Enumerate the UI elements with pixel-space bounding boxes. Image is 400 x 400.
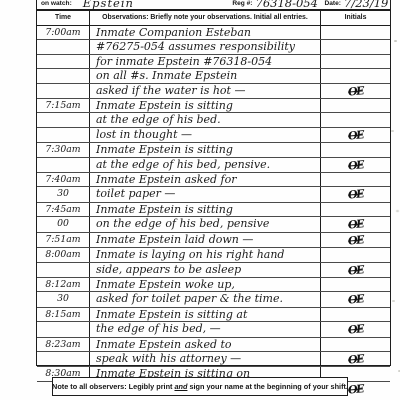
- table-row: 7:45am Inmate Epstein is sitting: [37, 203, 390, 217]
- on-watch-handwritten-name: Epstein: [75, 0, 230, 8]
- time-cell: [37, 84, 90, 98]
- observation-cell: side, appears to be asleep: [90, 263, 320, 277]
- time-cell: 30: [37, 292, 90, 306]
- time-column-header: Time: [37, 11, 90, 25]
- time-cell: [37, 322, 90, 336]
- observation-cell: asked if the water is hot —: [90, 84, 320, 98]
- observation-cell: lost in thought —: [90, 128, 320, 142]
- time-cell: 7:45am: [37, 203, 90, 216]
- time-cell: [37, 263, 90, 277]
- time-cell: 7:51am: [37, 233, 90, 247]
- observation-cell: Inmate Epstein is sitting at: [90, 308, 320, 321]
- log-rows: 7:00am Inmate Companion Esteban #76275-0…: [37, 26, 390, 396]
- observation-cell: Inmate Epstein asked to: [90, 338, 320, 351]
- table-row: 8:15am Inmate Epstein is sitting at: [37, 308, 390, 322]
- time-cell: [37, 55, 90, 68]
- initials-cell: [320, 69, 390, 82]
- table-header-row: Time Observations: Briefly note your obs…: [37, 11, 390, 26]
- initials-cell: OE: [320, 128, 390, 142]
- observation-cell: Inmate Epstein woke up,: [90, 278, 320, 291]
- initials-cell: [320, 26, 390, 39]
- observations-column-header: Observations: Briefly note your observat…: [90, 11, 320, 25]
- observation-cell: on all #s. Inmate Epstein: [90, 69, 320, 82]
- initials-cell: [320, 99, 390, 112]
- initials-cell: [320, 203, 390, 216]
- reg-number-handwritten: 76318-054: [256, 0, 322, 8]
- date-handwritten: 7/23/19: [344, 0, 386, 8]
- initials-cell: [320, 278, 390, 291]
- initials-cell: OE: [320, 158, 390, 172]
- note-text-pre: Note to all observers: Legibly print: [52, 382, 172, 391]
- observation-cell: for inmate Epstein #76318-054: [90, 55, 320, 68]
- observation-cell: speak with his attorney —: [90, 352, 320, 366]
- table-row: 7:00am Inmate Companion Esteban: [37, 26, 390, 40]
- time-cell: [37, 40, 90, 53]
- time-cell: 30: [37, 187, 90, 201]
- initials-signature: OE: [347, 382, 363, 397]
- initials-cell: [320, 248, 390, 261]
- initials-signature: OE: [347, 188, 363, 203]
- table-row: asked if the water is hot — OE: [37, 84, 390, 99]
- initials-cell: [320, 113, 390, 126]
- initials-cell: [320, 143, 390, 156]
- observation-cell: #76275-054 assumes responsibility: [90, 40, 320, 53]
- time-cell: 00: [37, 217, 90, 231]
- initials-column-header: Initials: [320, 11, 390, 25]
- initials-signature: OE: [347, 263, 363, 278]
- table-row: side, appears to be asleep OE: [37, 263, 390, 278]
- table-row: 00 on the edge of his bed, pensive OE: [37, 217, 390, 232]
- table-row: the edge of his bed, — OE: [37, 322, 390, 337]
- initials-signature: OE: [347, 218, 363, 233]
- time-cell: [37, 158, 90, 172]
- time-cell: [37, 352, 90, 366]
- observation-cell: Inmate Epstein is sitting: [90, 99, 320, 112]
- observation-cell: Inmate Epstein is sitting: [90, 203, 320, 216]
- observation-cell: the edge of his bed, —: [90, 322, 320, 336]
- time-cell: 7:00am: [37, 26, 90, 39]
- table-row: 7:40am Inmate Epstein asked for: [37, 173, 390, 187]
- on-watch-label: on watch:: [41, 0, 72, 8]
- table-row: on all #s. Inmate Epstein: [37, 69, 390, 83]
- table-row: at the edge of his bed, pensive. OE: [37, 158, 390, 173]
- time-cell: 7:15am: [37, 99, 90, 112]
- time-cell: 8:12am: [37, 278, 90, 291]
- initials-cell: [320, 55, 390, 68]
- table-row: 7:30am Inmate Epstein is sitting: [37, 143, 390, 157]
- observation-cell: on the edge of his bed, pensive: [90, 217, 320, 231]
- table-row: #76275-054 assumes responsibility: [37, 40, 390, 54]
- initials-signature: OE: [347, 352, 363, 367]
- initials-signature: OE: [347, 158, 363, 173]
- time-cell: [37, 113, 90, 126]
- table-row: 30 asked for toilet paper & the time. OE: [37, 292, 390, 307]
- time-cell: [37, 69, 90, 82]
- table-row: 7:51am Inmate Epstein laid down — OE: [37, 233, 390, 248]
- initials-cell: [320, 40, 390, 53]
- scan-noise: [394, 40, 397, 42]
- initials-signature: OE: [347, 233, 363, 248]
- initials-cell: OE: [320, 263, 390, 277]
- initials-cell: OE: [320, 84, 390, 98]
- initials-cell: [320, 308, 390, 321]
- table-row: for inmate Epstein #76318-054: [37, 55, 390, 69]
- observation-cell: Inmate Companion Esteban: [90, 26, 320, 39]
- observation-cell: Inmate is laying on his right hand: [90, 248, 320, 261]
- initials-signature: OE: [347, 128, 363, 143]
- initials-cell: [320, 173, 390, 186]
- time-cell: 8:15am: [37, 308, 90, 321]
- initials-cell: OE: [320, 322, 390, 336]
- table-row: 30 toilet paper — OE: [37, 187, 390, 202]
- initials-cell: OE: [320, 233, 390, 247]
- initials-cell: OE: [320, 217, 390, 231]
- table-row: 8:00am Inmate is laying on his right han…: [37, 248, 390, 262]
- date-label: Date:: [325, 0, 342, 8]
- table-row: 8:23am Inmate Epstein asked to: [37, 338, 390, 352]
- form-header: on watch: Epstein Reg #: 76318-054 Date:…: [36, 0, 391, 10]
- observation-cell: at the edge of his bed.: [90, 113, 320, 126]
- observation-cell: Inmate Epstein laid down —: [90, 233, 320, 247]
- table-row: at the edge of his bed.: [37, 113, 390, 127]
- table-row: 8:12am Inmate Epstein woke up,: [37, 278, 390, 292]
- observation-table: Time Observations: Briefly note your obs…: [36, 10, 391, 366]
- observation-log-scan: on watch: Epstein Reg #: 76318-054 Date:…: [0, 0, 400, 400]
- time-cell: [37, 128, 90, 142]
- table-row: lost in thought — OE: [37, 128, 390, 143]
- time-cell: 7:40am: [37, 173, 90, 186]
- observation-cell: Inmate Epstein asked for: [90, 173, 320, 186]
- initials-cell: OE: [320, 352, 390, 366]
- observation-cell: at the edge of his bed, pensive.: [90, 158, 320, 172]
- time-cell: 7:30am: [37, 143, 90, 156]
- observer-note-box: Note to all observers: Legibly print and…: [52, 377, 348, 396]
- initials-cell: [320, 338, 390, 351]
- observation-cell: toilet paper —: [90, 187, 320, 201]
- initials-signature: OE: [347, 293, 363, 308]
- initials-cell: OE: [320, 187, 390, 201]
- table-row: 7:15am Inmate Epstein is sitting: [37, 99, 390, 113]
- note-text-and: and: [174, 382, 187, 391]
- time-cell: 8:23am: [37, 338, 90, 351]
- time-cell: 8:00am: [37, 248, 90, 261]
- initials-signature: OE: [347, 84, 363, 99]
- reg-number-label: Reg #:: [232, 0, 252, 8]
- initials-cell: OE: [320, 292, 390, 306]
- note-text-post: sign your name at the beginning of your …: [189, 382, 348, 391]
- initials-signature: OE: [347, 322, 363, 337]
- observation-cell: Inmate Epstein is sitting: [90, 143, 320, 156]
- table-row: speak with his attorney — OE: [37, 352, 390, 367]
- observation-cell: asked for toilet paper & the time.: [90, 292, 320, 306]
